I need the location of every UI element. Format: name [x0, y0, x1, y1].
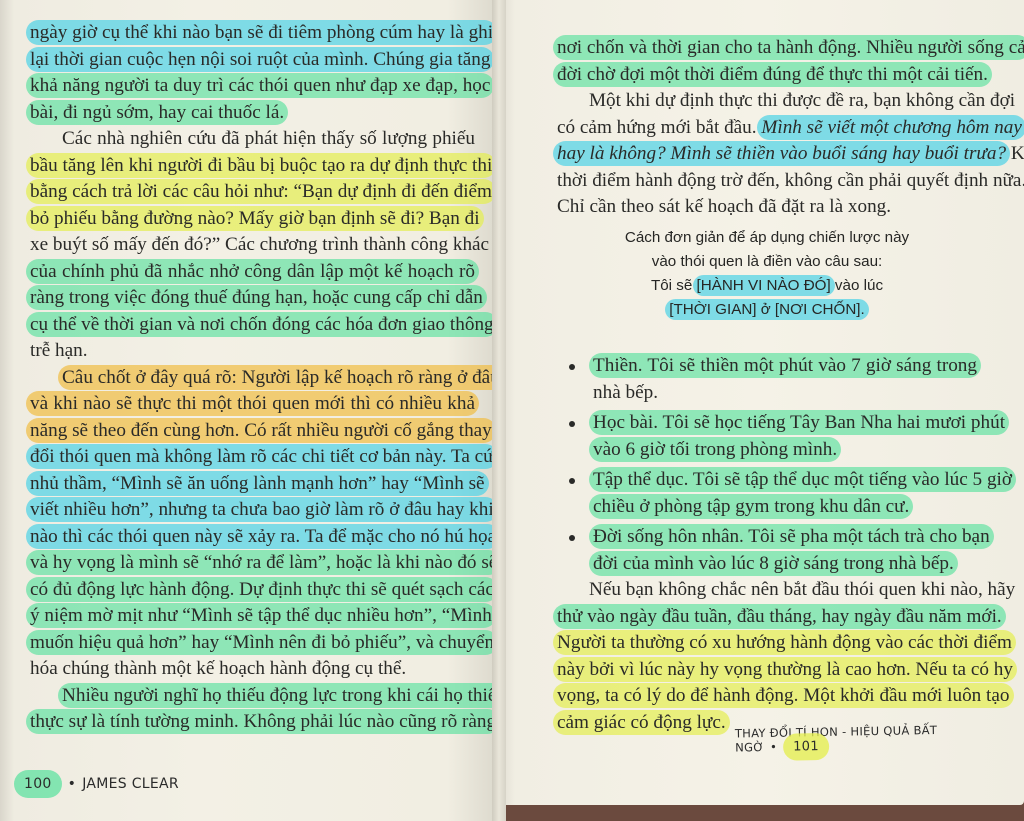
text-line: và khi nào sẽ thực thi một thói quen mới…: [30, 391, 475, 418]
text-line: Một khi dự định thực thi được đề ra, bạn…: [557, 88, 977, 115]
book-spread: ngày giờ cụ thể khi nào bạn sẽ đi tiêm p…: [0, 0, 1024, 821]
text-line: cụ thể về thời gian và nơi chốn đóng các…: [30, 312, 475, 339]
text-line: trễ hạn.: [30, 338, 475, 365]
text-line: Nếu bạn không chắc nên bắt đầu thói quen…: [557, 577, 977, 604]
text-line: có cảm hứng mới bắt đầu. Mình sẽ viết mộ…: [557, 115, 977, 142]
text-line: lại thời gian cuộc hẹn nội soi ruột của …: [30, 47, 475, 74]
text-line: bầu tăng lên khi người đi bầu bị buộc tạ…: [30, 153, 475, 180]
callout-box: Cách đơn giản để áp dụng chiến lược này …: [557, 226, 977, 322]
bullet-list: Thiền. Tôi sẽ thiền một phút vào 7 giờ s…: [557, 353, 977, 577]
text-line: Các nhà nghiên cứu đã phát hiện thấy số …: [30, 126, 475, 153]
page-number: 101: [783, 733, 829, 761]
text-line: và hy vọng là mình sẽ “nhớ ra để làm”, h…: [30, 550, 475, 577]
bullet-item: Tập thể dục. Tôi sẽ tập thể dục một tiến…: [557, 467, 977, 520]
bullet-item: Đời sống hôn nhân. Tôi sẽ pha một tách t…: [557, 524, 977, 577]
book-gutter: [492, 0, 506, 821]
text-line: thử vào ngày đầu tuần, đầu tháng, hay ng…: [557, 604, 977, 631]
callout-line: [THỜI GIAN] ở [NƠI CHỐN].: [557, 298, 977, 322]
text-line: ý niệm mờ mịt như “Mình sẽ tập thể dục n…: [30, 603, 475, 630]
right-page-footer: THAY ĐỔI TÍ HON - HIỆU QUẢ BẤT NGỜ•101: [735, 721, 1024, 755]
text-line: vọng, ta có lý do để hành động. Một khởi…: [557, 683, 977, 710]
text-line: thực sự là tính tường minh. Không phải l…: [30, 709, 475, 736]
text-line: năng sẽ theo đến cùng hơn. Có rất nhiều …: [30, 418, 475, 445]
left-page-footer: 100•JAMES CLEAR: [24, 776, 179, 792]
text-line: ngày giờ cụ thể khi nào bạn sẽ đi tiêm p…: [30, 20, 475, 47]
text-line: Chỉ cần theo sát kế hoạch đã đặt ra là x…: [557, 194, 977, 221]
text-line: đổi thói quen mà không làm rõ các chi ti…: [30, 444, 475, 471]
text-line: đời chờ đợi một thời điểm đúng để thực t…: [557, 62, 977, 89]
callout-line: Cách đơn giản để áp dụng chiến lược này: [557, 226, 977, 250]
left-page-body: ngày giờ cụ thể khi nào bạn sẽ đi tiêm p…: [30, 20, 475, 736]
text-line: bài, đi ngủ sớm, hay cai thuốc lá.: [30, 100, 475, 127]
running-head: THAY ĐỔI TÍ HON - HIỆU QUẢ BẤT NGỜ: [735, 723, 938, 755]
text-line: Nhiều người nghĩ họ thiếu động lực trong…: [30, 683, 475, 710]
text-line: này bởi vì lúc này hy vọng thường là cao…: [557, 657, 977, 684]
footer-separator: •: [68, 776, 77, 792]
footer-separator: •: [770, 740, 777, 754]
text-line: bằng cách trả lời các câu hỏi như: “Bạn …: [30, 179, 475, 206]
bullet-icon: [569, 535, 575, 541]
page-number: 100: [14, 770, 62, 798]
right-page-body: nơi chốn và thời gian cho ta hành động. …: [557, 35, 977, 221]
text-line: nào thì các thói quen này sẽ xảy ra. Ta …: [30, 524, 475, 551]
bullet-icon: [569, 364, 575, 370]
text-line: ràng trong việc đóng thuế đúng hạn, hoặc…: [30, 285, 475, 312]
text-line: Người ta thường có xu hướng hành động và…: [557, 630, 977, 657]
bullet-icon: [569, 421, 575, 427]
text-line: Câu chốt ở đây quá rõ: Người lập kế hoạc…: [30, 365, 475, 392]
bullet-item: Học bài. Tôi sẽ học tiếng Tây Ban Nha ha…: [557, 410, 977, 463]
right-page-paragraph: Nếu bạn không chắc nên bắt đầu thói quen…: [557, 577, 977, 736]
text-line: nhủ thầm, “Mình sẽ ăn uống lành mạnh hơn…: [30, 471, 475, 498]
text-line: hay là không? Mình sẽ thiền vào buổi sán…: [557, 141, 977, 168]
bullet-icon: [569, 478, 575, 484]
text-line: thời điểm hành động trờ đến, không cần p…: [557, 168, 977, 195]
text-line: có đủ động lực hành động. Dự định thực t…: [30, 577, 475, 604]
callout-line: Tôi sẽ [HÀNH VI NÀO ĐÓ] vào lúc: [557, 274, 977, 298]
text-line: viết nhiều hơn”, nhưng ta chưa bao giờ l…: [30, 497, 475, 524]
text-line: hóa chúng thành một kế hoạch hành động c…: [30, 656, 475, 683]
running-head: JAMES CLEAR: [82, 776, 179, 792]
text-line: của chính phủ đã nhắc nhở công dân lập m…: [30, 259, 475, 286]
left-page: ngày giờ cụ thể khi nào bạn sẽ đi tiêm p…: [0, 0, 497, 821]
text-line: khả năng người ta duy trì các thói quen …: [30, 73, 475, 100]
right-page: nơi chốn và thời gian cho ta hành động. …: [497, 0, 1024, 805]
text-line: bỏ phiếu bằng đường nào? Mấy giờ bạn địn…: [30, 206, 475, 233]
text-line: nơi chốn và thời gian cho ta hành động. …: [557, 35, 977, 62]
text-line: muốn hiệu quả hơn” hay “Mình nên đi bỏ p…: [30, 630, 475, 657]
text-line: xe buýt số mấy đến đó?” Các chương trình…: [30, 232, 475, 259]
callout-line: vào thói quen là điền vào câu sau:: [557, 250, 977, 274]
bullet-item: Thiền. Tôi sẽ thiền một phút vào 7 giờ s…: [557, 353, 977, 406]
